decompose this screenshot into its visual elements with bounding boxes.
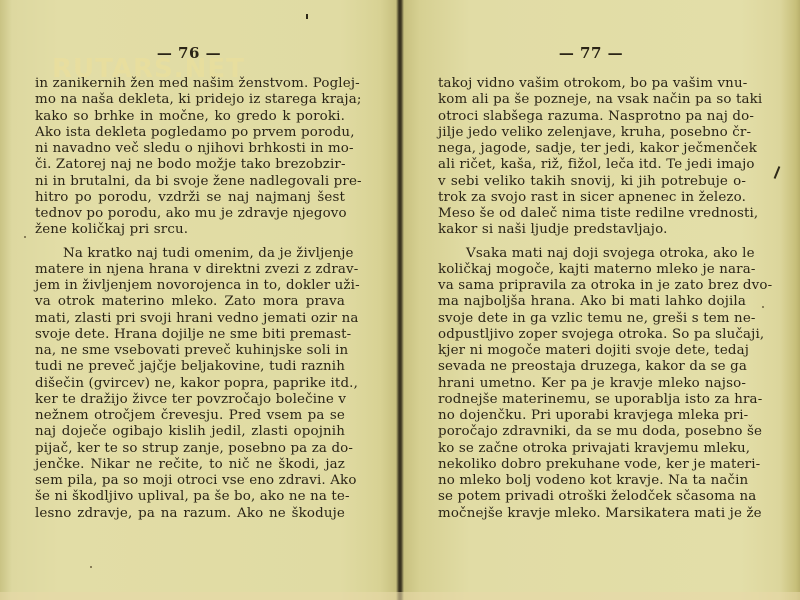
text-line: v sebi veliko takih snovij, ki jih potre…	[438, 174, 746, 190]
text-line: nežnem otročjem črevesju. Pred vsem pa s…	[35, 408, 345, 424]
text-line: nega, jagode, sadje, ter jedi, kakor ječ…	[438, 141, 746, 157]
text-line: in zanikernih žen med našim ženstvom. Po…	[35, 76, 345, 92]
text-line: se potem privadi otroški želodček sčasom…	[438, 489, 746, 505]
page-number: — 76 —	[0, 44, 388, 62]
text-line: svoje dete. Hrana dojilje ne sme biti pr…	[35, 327, 345, 343]
text-line: kom ali pa še pozneje, na vsak način pa …	[438, 92, 746, 108]
paragraph-gap	[35, 239, 345, 246]
text-line: poročajo zdravniki, da se mu doda, poseb…	[438, 424, 746, 440]
left-page: RUTARS.NET — 76 — in zanikernih žen med …	[0, 0, 398, 600]
text-line: žene količkaj pri srcu.	[35, 222, 345, 238]
text-line: kjer ni mogoče materi dojiti svoje dete,…	[438, 343, 746, 359]
text-line: dišečin (gvircev) ne, kakor popra, papri…	[35, 376, 345, 392]
text-line: sem pila, pa so moji otroci vse eno zdra…	[35, 473, 345, 489]
text-line: še ni škodljivo uplival, pa še bo, ako n…	[35, 489, 345, 505]
body-text: in zanikernih žen med našim ženstvom. Po…	[35, 76, 345, 522]
text-line: svoje dete in ga vzlic temu ne, greši s …	[438, 311, 746, 327]
text-line: či. Zatorej naj ne bodo možje tako brezo…	[35, 157, 345, 173]
text-line: naj doječe ogibajo kislih jedil, zlasti …	[35, 424, 345, 440]
text-line: Meso še od daleč nima tiste redilne vred…	[438, 206, 746, 222]
text-line: na, ne sme vsebovati preveč kuhinjske so…	[35, 343, 345, 359]
text-line: no mleko bolj vodeno kot kravje. Na ta n…	[438, 473, 746, 489]
text-line: mati, zlasti pri svoji hrani vedno jemat…	[35, 311, 345, 327]
text-line: hitro po porodu, vzdrži se naj najmanj š…	[35, 190, 345, 206]
text-line: Ako ista dekleta pogledamo po prvem poro…	[35, 125, 345, 141]
text-line: otroci slabšega razuma. Nasprotno pa naj…	[438, 109, 746, 125]
text-line: takoj vidno vašim otrokom, bo pa vašim v…	[438, 76, 746, 92]
text-line: odpustljivo zoper svojega otroka. So pa …	[438, 327, 746, 343]
text-line: ma najboljša hrana. Ako bi mati lahko do…	[438, 294, 746, 310]
text-line: količkaj mogoče, kajti materno mleko je …	[438, 262, 746, 278]
text-line: va sama pripravila za otroka in je zato …	[438, 278, 746, 294]
text-line: trok za svojo rast in sicer apnenec in ž…	[438, 190, 746, 206]
text-line: mo na naša dekleta, ki pridejo iz stareg…	[35, 92, 345, 108]
paragraph-gap	[438, 239, 746, 246]
text-line: sevada ne preostaja druzega, kakor da se…	[438, 359, 746, 375]
text-line: ko se začne otroka privajati kravjemu ml…	[438, 441, 746, 457]
right-page: — 77 — takoj vidno vašim otrokom, bo pa …	[402, 0, 800, 600]
text-line: rodnejše materinemu, se uporablja isto z…	[438, 392, 746, 408]
text-line: lesno zdravje, pa na razum. Ako ne škodu…	[35, 506, 345, 522]
text-line: no dojenčku. Pri uporabi kravjega mleka …	[438, 408, 746, 424]
text-line: matere in njena hrana v direktni zvezi z…	[35, 262, 345, 278]
text-line: ni navadno več sledu o njihovi brhkosti …	[35, 141, 345, 157]
text-line: hrani umetno. Ker pa je kravje mleko naj…	[438, 376, 746, 392]
text-line: močnejše kravje mleko. Marsikatera mati …	[438, 506, 746, 522]
text-line: tednov po porodu, ako mu je zdravje njeg…	[35, 206, 345, 222]
text-line: ali ričet, kaša, riž, fižol, leča itd. T…	[438, 157, 746, 173]
text-line: Vsaka mati naj doji svojega otroka, ako …	[438, 246, 746, 262]
text-line: jenčke. Nikar ne rečite, to nič ne škodi…	[35, 457, 345, 473]
text-line: va otrok materino mleko. Zato mora prava	[35, 294, 345, 310]
text-line: tudi ne preveč jajčje beljakovine, tudi …	[35, 359, 345, 375]
text-line: pijač, ker te so strup zanje, posebno pa…	[35, 441, 345, 457]
text-line: nekoliko dobro prekuhane vode, ker je ma…	[438, 457, 746, 473]
body-text: takoj vidno vašim otrokom, bo pa vašim v…	[438, 76, 746, 522]
text-line: ni in brutalni, da bi svoje žene nadlego…	[35, 174, 345, 190]
text-line: ker te dražijo živce ter povzročajo bole…	[35, 392, 345, 408]
book-spread: RUTARS.NET — 76 — in zanikernih žen med …	[0, 0, 800, 600]
text-line: kakor si naši ljudje predstavljajo.	[438, 222, 746, 238]
text-line: kako so brhke in močne, ko gredo k porok…	[35, 109, 345, 125]
page-number: — 77 —	[392, 44, 790, 62]
text-line: jem in življenjem novorojenca in to, dok…	[35, 278, 345, 294]
text-line: jilje jedo veliko zelenjave, kruha, pose…	[438, 125, 746, 141]
text-line: Na kratko naj tudi omenim, da je življen…	[35, 246, 345, 262]
